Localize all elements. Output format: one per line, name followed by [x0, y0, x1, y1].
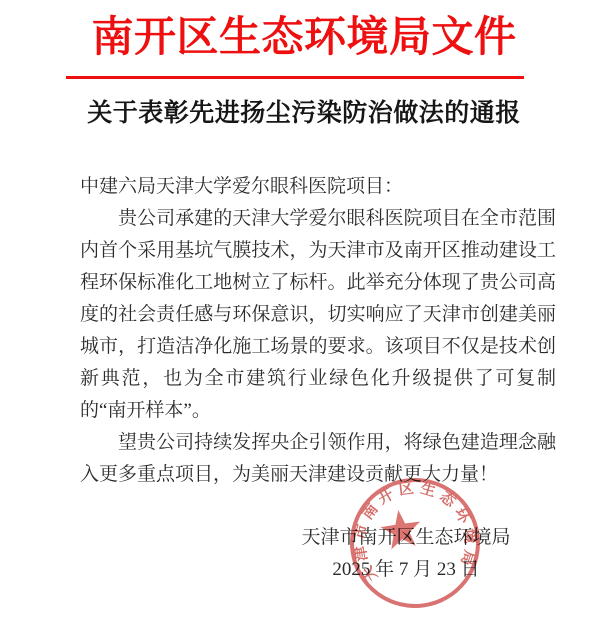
- document-body: 中建六局天津大学爱尔眼科医院项目： 贵公司承建的天津大学爱尔眼科医院项目在全市范…: [80, 171, 556, 491]
- signature-block: 天津市南开区生态环境局 2025 年 7 月 23 日: [270, 522, 542, 586]
- body-paragraph-2: 望贵公司持续发挥央企引领作用，将绿色建造理念融入更多重点项目，为美丽天津建设贡献…: [80, 427, 556, 491]
- signature-org: 天津市南开区生态环境局: [270, 522, 542, 554]
- signature-date: 2025 年 7 月 23 日: [270, 554, 542, 586]
- document-page: 南开区生态环境局文件 关于表彰先进扬尘污染防治做法的通报 中建六局天津大学爱尔眼…: [0, 0, 608, 621]
- body-paragraph-1: 贵公司承建的天津大学爱尔眼科医院项目在全市范围内首个采用基坑气膜技术，为天津市及…: [80, 203, 556, 427]
- addressee-line: 中建六局天津大学爱尔眼科医院项目：: [80, 171, 556, 203]
- document-title: 关于表彰先进扬尘污染防治做法的通报: [0, 97, 608, 129]
- document-header-title: 南开区生态环境局文件: [0, 12, 608, 64]
- red-divider-line: [66, 76, 524, 79]
